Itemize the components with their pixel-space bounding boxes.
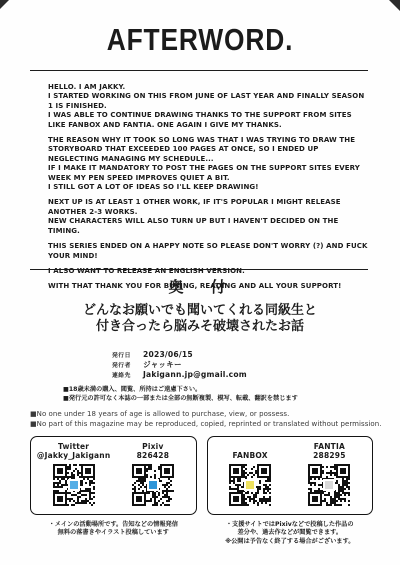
age-copyright-notice-jp: ■18歳未満の購入、閲覧、所持はご遠慮下さい。 ■発行元の許可なく本誌の一部また… — [63, 386, 298, 403]
twitter-label: Twitter @Jakky_Jakigann — [37, 442, 111, 460]
pixiv-qr-code — [132, 464, 174, 506]
divider-top — [30, 70, 368, 71]
link-boxes: Twitter @Jakky_Jakigann Pixiv 826428 FAN… — [30, 436, 373, 515]
fantia-link-section: FANTIA 288295 — [290, 442, 369, 508]
publication-date-value: 2023/06/15 — [143, 350, 193, 359]
contact-email: Jakigann.jp@gmail.com — [143, 370, 247, 379]
page-title: AFTERWORD. — [30, 22, 370, 58]
afterword-paragraph-3: NEXT UP IS AT LEAST 1 OTHER WORK, IF IT'… — [48, 198, 370, 236]
publisher-row: 発行者 ジャッキー — [112, 360, 247, 370]
afterword-page: AFTERWORD. HELLO. I AM JAKKY. I STARTED … — [0, 0, 400, 565]
footnotes: ・メインの活動場所です。告知などの情報発信 無料の落書きやイラスト投稿しています… — [30, 521, 373, 546]
twitter-link-section: Twitter @Jakky_Jakigann — [34, 442, 113, 508]
publisher-label: 発行者 — [112, 360, 134, 369]
twitter-qr-code — [53, 464, 95, 506]
contact-row: 連絡先 Jakigann.jp@gmail.com — [112, 370, 247, 380]
scan-corner-artifact — [389, 0, 400, 11]
pixiv-name: Pixiv — [137, 442, 170, 451]
twitter-name: Twitter — [37, 442, 111, 451]
fantia-label: FANTIA 288295 — [313, 442, 346, 460]
fantia-qr-code — [308, 464, 350, 506]
contact-label: 連絡先 — [112, 370, 134, 379]
divider-colophon — [30, 269, 368, 270]
fanbox-qr-code — [229, 464, 271, 506]
fantia-id: 288295 — [313, 451, 346, 460]
age-copyright-notice-en: ■No one under 18 years of age is allowed… — [30, 410, 382, 430]
fanbox-link-section: FANBOX — [211, 442, 290, 508]
pixiv-id: 826428 — [137, 451, 170, 460]
pixiv-link-section: Pixiv 826428 — [113, 442, 192, 508]
afterword-paragraph-4: THIS SERIES ENDED ON A HAPPY NOTE SO PLE… — [48, 242, 370, 261]
publication-date-label: 発行日 — [112, 350, 134, 359]
colophon-heading: 奥 付 — [0, 276, 400, 297]
twitter-handle: @Jakky_Jakigann — [37, 451, 111, 460]
pixiv-label: Pixiv 826428 — [137, 442, 170, 460]
afterword-paragraph-2: THE REASON WHY IT TOOK SO LONG WAS THAT … — [48, 136, 370, 192]
fantia-name: FANTIA — [313, 442, 346, 451]
fanbox-name: FANBOX — [233, 451, 268, 460]
afterword-paragraph-1: HELLO. I AM JAKKY. I STARTED WORKING ON … — [48, 83, 370, 130]
footnote-right: ・支援サイトではPixivなどで投稿した作品の 差分や、過去作などが閲覧できます… — [207, 521, 374, 546]
publisher-value: ジャッキー — [143, 359, 182, 370]
scan-corner-artifact — [0, 0, 9, 9]
work-title-jp: どんなお願いでも聞いてくれる同級生と 付き合ったら脳みそ破壊されたお話 — [0, 303, 400, 334]
support-links-box: FANBOX FANTIA 288295 — [207, 436, 374, 515]
social-links-box: Twitter @Jakky_Jakigann Pixiv 826428 — [30, 436, 197, 515]
afterword-body: HELLO. I AM JAKKY. I STARTED WORKING ON … — [48, 83, 370, 298]
footnote-left: ・メインの活動場所です。告知などの情報発信 無料の落書きやイラスト投稿しています — [30, 521, 197, 546]
fanbox-label: FANBOX — [233, 442, 268, 460]
publication-info: 発行日 2023/06/15 発行者 ジャッキー 連絡先 Jakigann.jp… — [112, 350, 247, 379]
